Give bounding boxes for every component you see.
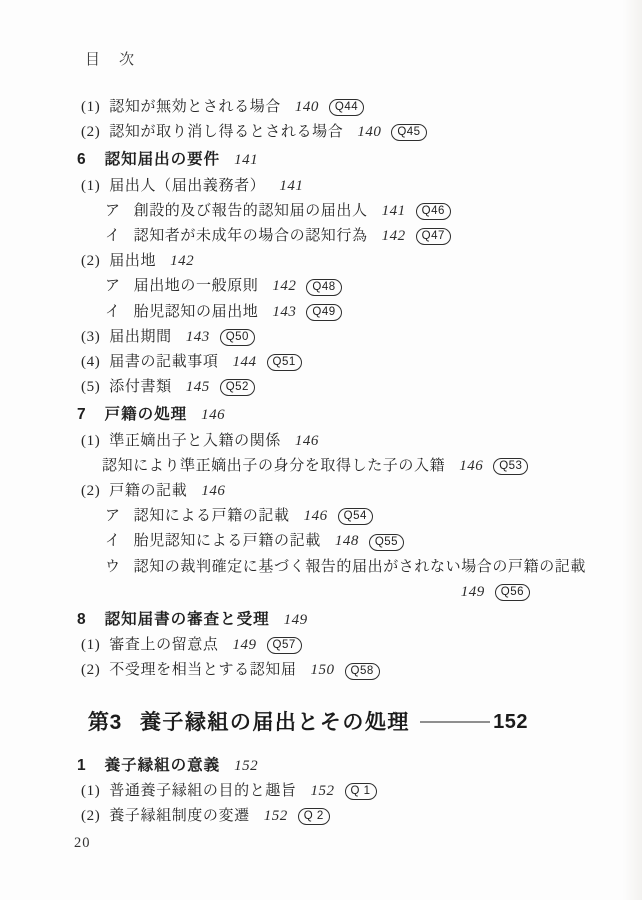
section-number: 1 <box>77 753 87 778</box>
item-text: 届出期間 <box>109 325 171 350</box>
item-text: 胎児認知による戸籍の記載 <box>134 529 321 554</box>
toc-row: (1)普通養子縁組の目的と趣旨152Q 1 <box>0 779 642 804</box>
section-title: 戸籍の処理 <box>105 402 188 427</box>
item-marker: (3) <box>81 325 100 350</box>
toc-row: (3)届出期間143Q50 <box>0 325 642 350</box>
item-marker: (5) <box>81 375 100 400</box>
toc-row: 1養子縁組の意義152 <box>0 753 642 779</box>
item-marker: ア <box>105 274 121 299</box>
section-number: 8 <box>77 607 87 632</box>
toc-row: (2)不受理を相当とする認知届150Q58 <box>0 658 642 683</box>
item-text: 届出人（届出義務者） <box>109 174 265 199</box>
item-text: 準正嫡出子と入籍の関係 <box>109 429 281 454</box>
item-marker: イ <box>105 300 121 325</box>
toc-row: (5)添付書類145Q52 <box>0 375 642 400</box>
toc-row: (1)準正嫡出子と入籍の関係146 <box>0 429 642 454</box>
chapter-title: 養子縁組の届出とその処理 <box>140 710 410 735</box>
item-marker: イ <box>105 529 121 554</box>
item-marker: ウ <box>105 555 121 580</box>
item-marker: (2) <box>81 120 100 145</box>
toc-row: イ胎児認知の届出地143Q49 <box>0 300 642 325</box>
item-text: 認知による戸籍の記載 <box>134 504 290 529</box>
page-number: 149 <box>461 580 485 605</box>
page-title: 目 次 <box>0 0 642 69</box>
item-marker: (1) <box>81 429 100 454</box>
page-number: 149 <box>233 633 257 658</box>
toc-row: イ胎児認知による戸籍の記載148Q55 <box>0 529 642 554</box>
item-marker: (1) <box>81 633 100 658</box>
section-number: 6 <box>77 147 87 172</box>
page-number: 141 <box>279 174 303 199</box>
page-number: 141 <box>382 199 406 224</box>
toc-row: (2)認知が取り消し得るとされる場合140Q45 <box>0 120 642 145</box>
page-number: 146 <box>304 504 328 529</box>
q-badge: Q49 <box>306 304 341 321</box>
page-number: 142 <box>170 249 194 274</box>
q-badge: Q56 <box>495 584 530 601</box>
page-number: 150 <box>311 658 335 683</box>
item-text: 届書の記載事項 <box>109 350 218 375</box>
chapter-page-number: 152 <box>493 710 528 735</box>
item-text: 養子縁組制度の変遷 <box>109 804 249 829</box>
item-text: 審査上の留意点 <box>109 633 218 658</box>
q-badge: Q 2 <box>298 808 330 825</box>
toc-page: 目 次 (1)認知が無効とされる場合140Q44(2)認知が取り消し得るとされる… <box>0 0 642 900</box>
item-text: 認知者が未成年の場合の認知行為 <box>134 224 368 249</box>
page-number: 148 <box>335 529 359 554</box>
q-badge: Q52 <box>220 379 255 396</box>
page-number: 146 <box>201 403 225 428</box>
item-marker: (2) <box>81 249 100 274</box>
page-number: 142 <box>272 274 296 299</box>
item-text: 不受理を相当とする認知届 <box>109 658 296 683</box>
item-marker: (1) <box>81 174 100 199</box>
q-badge: Q44 <box>329 99 364 116</box>
item-marker: (4) <box>81 350 100 375</box>
q-badge: Q55 <box>369 534 404 551</box>
leader-line <box>420 721 490 723</box>
item-marker: (2) <box>81 804 100 829</box>
q-badge: Q45 <box>391 124 426 141</box>
item-text: 認知が取り消し得るとされる場合 <box>109 120 343 145</box>
section-number: 7 <box>77 402 87 427</box>
chapter-number: 第3 <box>88 710 122 735</box>
item-marker: ア <box>105 199 121 224</box>
toc-row: 認知により準正嫡出子の身分を取得した子の入籍146Q53 <box>0 454 642 479</box>
item-marker: (1) <box>81 95 100 120</box>
section-title: 養子縁組の意義 <box>105 753 221 778</box>
toc-list: (1)認知が無効とされる場合140Q44(2)認知が取り消し得るとされる場合14… <box>0 95 642 829</box>
item-text: 届出地の一般原則 <box>134 274 259 299</box>
toc-row: (2)届出地142 <box>0 249 642 274</box>
q-badge: Q46 <box>416 203 451 220</box>
item-text: 認知が無効とされる場合 <box>109 95 281 120</box>
item-text: 普通養子縁組の目的と趣旨 <box>109 779 296 804</box>
q-badge: Q54 <box>338 508 373 525</box>
section-title: 認知届書の審査と受理 <box>105 607 270 632</box>
page-number: 152 <box>234 754 258 779</box>
q-badge: Q53 <box>493 458 528 475</box>
item-text: 創設的及び報告的認知届の届出人 <box>134 199 368 224</box>
item-marker: (1) <box>81 779 100 804</box>
page-number: 143 <box>272 300 296 325</box>
page-number: 146 <box>459 454 483 479</box>
page-number: 140 <box>357 120 381 145</box>
toc-row: (4)届書の記載事項144Q51 <box>0 350 642 375</box>
toc-row: ア届出地の一般原則142Q48 <box>0 274 642 299</box>
page-number: 144 <box>233 350 257 375</box>
page-number: 145 <box>186 375 210 400</box>
item-text: 認知の裁判確定に基づく報告的届出がされない場合の戸籍の記載 <box>134 555 586 580</box>
toc-row: 149Q56 <box>0 580 642 605</box>
q-badge: Q58 <box>345 663 380 680</box>
toc-row: (2)戸籍の記載146 <box>0 479 642 504</box>
toc-row: ウ認知の裁判確定に基づく報告的届出がされない場合の戸籍の記載 <box>0 555 642 580</box>
toc-row: (1)審査上の留意点149Q57 <box>0 633 642 658</box>
q-badge: Q50 <box>220 329 255 346</box>
toc-row: 7戸籍の処理146 <box>0 402 642 428</box>
item-text: 添付書類 <box>109 375 171 400</box>
item-text: 戸籍の記載 <box>109 479 187 504</box>
page-number: 141 <box>234 148 258 173</box>
item-text: 認知により準正嫡出子の身分を取得した子の入籍 <box>102 454 445 479</box>
toc-row: イ認知者が未成年の場合の認知行為142Q47 <box>0 224 642 249</box>
page-number: 143 <box>186 325 210 350</box>
item-marker: イ <box>105 224 121 249</box>
toc-row: 6認知届出の要件141 <box>0 147 642 173</box>
page-number: 142 <box>382 224 406 249</box>
page-number: 152 <box>311 779 335 804</box>
toc-row: (1)認知が無効とされる場合140Q44 <box>0 95 642 120</box>
item-text: 胎児認知の届出地 <box>134 300 259 325</box>
q-badge: Q 1 <box>345 783 377 800</box>
item-text: 届出地 <box>109 249 156 274</box>
page-number: 152 <box>264 804 288 829</box>
q-badge: Q47 <box>416 228 451 245</box>
toc-row: 第3養子縁組の届出とその処理152 <box>88 710 528 735</box>
section-title: 認知届出の要件 <box>105 147 221 172</box>
page-number: 146 <box>201 479 225 504</box>
toc-row: 8認知届書の審査と受理149 <box>0 607 642 633</box>
item-marker: (2) <box>81 658 100 683</box>
item-marker: (2) <box>81 479 100 504</box>
q-badge: Q48 <box>306 279 341 296</box>
toc-row: (2)養子縁組制度の変遷152Q 2 <box>0 804 642 829</box>
q-badge: Q51 <box>267 354 302 371</box>
page-number: 146 <box>295 429 319 454</box>
toc-row: ア創設的及び報告的認知届の届出人141Q46 <box>0 199 642 224</box>
footer-page-number: 20 <box>74 835 91 852</box>
page-number: 149 <box>284 608 308 633</box>
toc-row: (1)届出人（届出義務者）141 <box>0 174 642 199</box>
page-number: 140 <box>295 95 319 120</box>
item-marker: ア <box>105 504 121 529</box>
q-badge: Q57 <box>267 637 302 654</box>
toc-row: ア認知による戸籍の記載146Q54 <box>0 504 642 529</box>
